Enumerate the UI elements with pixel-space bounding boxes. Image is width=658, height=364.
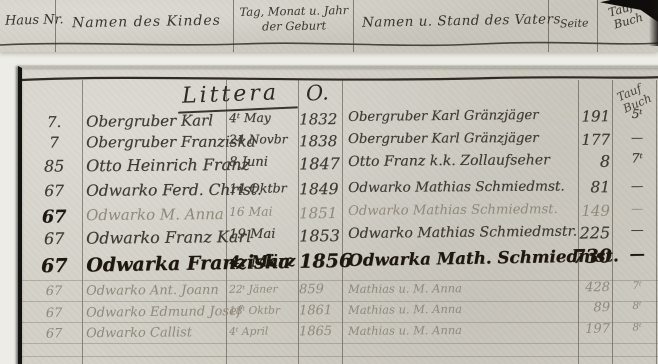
page-number-cell: 191 (572, 107, 610, 125)
header-birth-date-line2: der Geburt (262, 18, 326, 33)
table-row: 67 Odwarko Ferd. Christ. 14 Oktbr 1849 O… (22, 178, 658, 182)
father-name-cell: Obergruber Karl Gränzjäger (348, 108, 576, 125)
birth-date-cell: 19 Mai (229, 226, 297, 242)
father-name-cell: Odwarka Math. Schmiedmst. (348, 246, 576, 270)
birth-year-cell: 1865 (299, 324, 345, 339)
book-number-cell: 5ᵗ (618, 107, 656, 121)
scan-edge-streak (649, 0, 658, 46)
section-littera-label: Littera (182, 80, 280, 108)
child-name-cell: Odwarko Callist (86, 325, 226, 341)
house-number-cell: 67 (30, 182, 78, 200)
birth-year-cell: 1851 (299, 204, 345, 222)
birth-year-cell: 1856 (299, 250, 345, 273)
father-name-cell: Mathias u. M. Anna (348, 280, 576, 296)
book-number-cell: — (618, 223, 656, 238)
birth-date-cell: 18ᵗ Oktbr (229, 303, 297, 317)
child-name-cell: Odwarka Franziska (86, 252, 226, 276)
child-name-cell: Odwarko Ferd. Christ. (86, 181, 226, 200)
child-name-cell: Odwarko M. Anna (86, 205, 226, 224)
birth-year-cell: 1838 (299, 132, 345, 150)
child-name-cell: Odwarko Ant. Joann (86, 283, 226, 299)
birth-year-cell: 1832 (299, 110, 345, 128)
birth-date-cell: 4. März (229, 251, 297, 271)
birth-year-cell: 859 (299, 282, 345, 297)
header-birth-date: Tag, Monat u. Jahr der Geburt (236, 3, 353, 35)
book-number-cell: — (618, 245, 656, 264)
page-number-cell: 177 (572, 131, 610, 149)
birth-date-cell: 8 Juni (229, 154, 297, 170)
header-child-name: Namen des Kindes (72, 13, 221, 32)
page-number-cell: 8 (572, 152, 610, 171)
page-number-cell: 730 (572, 245, 610, 268)
child-name-cell: Obergruber Franziska (86, 133, 226, 152)
birth-date-cell: 14 Oktbr (229, 180, 297, 195)
table-row: 7 Obergruber Franziska 24 Novbr 1838 Obe… (22, 130, 658, 133)
book-number-cell: 7ᵗ (618, 280, 656, 292)
header-column-rule (233, 0, 234, 52)
child-name-cell: Obergruber Karl (86, 111, 226, 130)
row-guide-line (22, 356, 658, 357)
page-number-cell: 428 (572, 280, 610, 295)
header-column-rule (548, 0, 549, 52)
page-number-cell: 197 (572, 322, 610, 337)
book-number-cell: — (618, 130, 656, 144)
house-number-cell: 67 (30, 284, 78, 299)
header-birth-date-line1: Tag, Monat u. Jahr (239, 3, 348, 19)
birth-year-cell: 1861 (299, 303, 345, 318)
father-name-cell: Otto Franz k.k. Zollaufseher (348, 152, 576, 170)
house-number-cell: 67 (30, 229, 78, 249)
header-column-rule (55, 0, 56, 52)
table-row: 67 Odwarko M. Anna 16 Mai 1851 Odwarko M… (22, 201, 658, 207)
birth-year-cell: 1849 (299, 180, 345, 198)
child-name-cell: Odwarko Edmund Josef (86, 304, 226, 320)
birth-date-cell: 24 Novbr (229, 132, 297, 146)
father-name-cell: Odwarko Mathias Schmiedmst. (348, 202, 576, 219)
book-number-cell: 8ᵗ (618, 321, 656, 333)
house-number-cell: 7. (30, 113, 78, 132)
page-number-cell: 225 (572, 223, 610, 242)
birth-date-cell: 4ᵗ April (229, 324, 297, 338)
birth-date-cell: 16 Mai (229, 204, 297, 219)
father-name-cell: Odwarko Mathias Schmiedmst. (348, 178, 576, 196)
father-name-cell: Obergruber Karl Gränzjäger (348, 131, 576, 147)
house-number-cell: 7 (30, 133, 78, 151)
header-column-rule (353, 0, 354, 52)
child-name-cell: Odwarko Franz Karl (86, 227, 226, 247)
birth-year-cell: 1847 (299, 154, 345, 173)
book-number-cell: — (618, 178, 656, 193)
father-name-cell: Mathias u. M. Anna (348, 301, 576, 317)
header-father-name: Namen u. Stand des Vaters (362, 11, 561, 30)
house-number-cell: 85 (30, 156, 78, 175)
table-top-rule (22, 68, 658, 88)
section-littera-value: O. (305, 80, 329, 105)
birth-date-cell: 22ᵗ Jäner (229, 282, 297, 295)
house-number-cell: 67 (30, 206, 78, 227)
birth-year-cell: 1853 (299, 226, 345, 245)
register-scan-page: Haus Nr. Namen des Kindes Tag, Monat u. … (0, 0, 658, 364)
birth-date-cell: 4ᵗ May (229, 110, 297, 125)
row-guide-line (22, 343, 658, 344)
house-number-cell: 67 (30, 326, 78, 341)
table-row: 85 Otto Heinrich Franz 8 Juni 1847 Otto … (22, 151, 658, 157)
table-row: 7. Obergruber Karl 4ᵗ May 1832 Obergrube… (22, 107, 658, 114)
father-name-cell: Mathias u. M. Anna (348, 322, 576, 338)
page-number-cell: 89 (572, 300, 610, 315)
book-number-cell: — (618, 201, 656, 215)
page-number-cell: 149 (572, 202, 610, 220)
header-page: Seite (560, 17, 589, 31)
book-number-cell: 8ᵗ (618, 300, 656, 312)
header-strip: Haus Nr. Namen des Kindes Tag, Monat u. … (0, 0, 658, 52)
header-column-rule (597, 0, 598, 52)
book-number-cell: 7ᵗ (618, 151, 656, 166)
page-number-cell: 81 (572, 178, 610, 196)
father-name-cell: Odwarko Mathias Schmiedmstr. (348, 224, 576, 242)
table-strip: Littera O. Tauf Buch 7. Obergruber Karl … (18, 66, 658, 364)
house-number-cell: 67 (30, 255, 78, 278)
house-number-cell: 67 (30, 306, 78, 322)
child-name-cell: Otto Heinrich Franz (86, 155, 226, 175)
